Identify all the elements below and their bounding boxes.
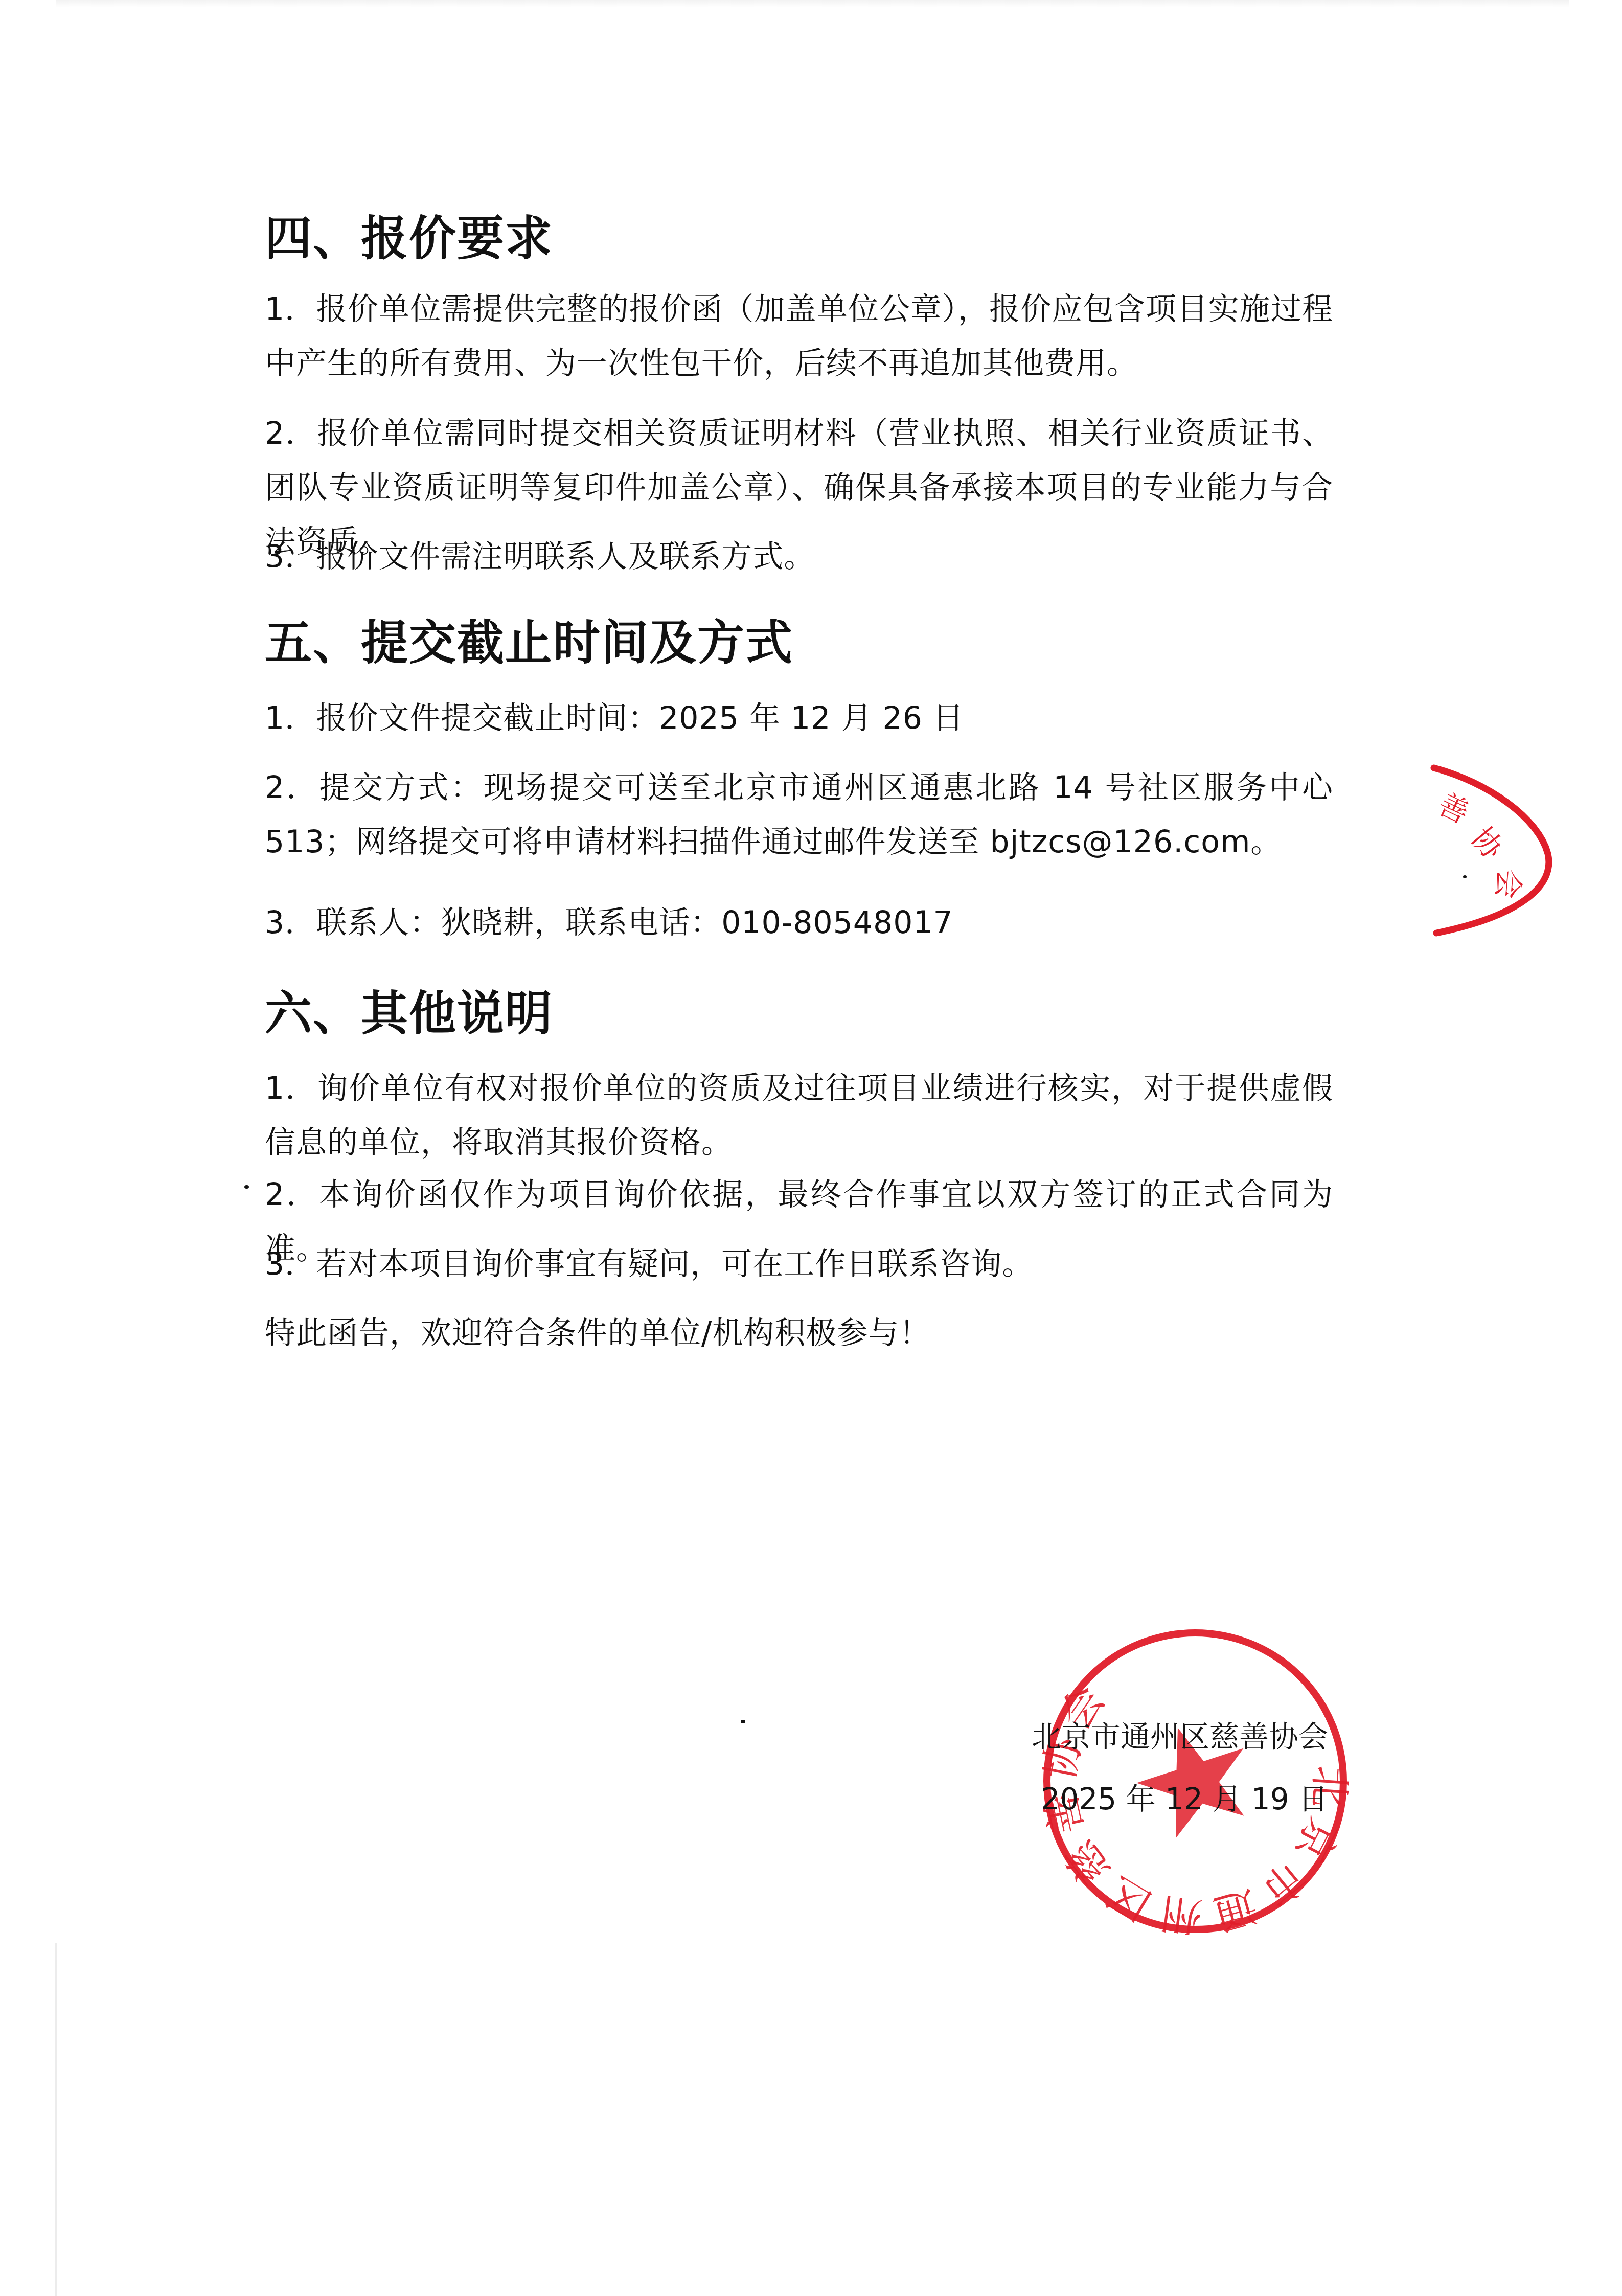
submission-item-1: 1．报价文件提交截止时间：2025 年 12 月 26 日 (265, 691, 1333, 745)
signature-organization: 北京市通州区慈善协会 (1032, 1719, 1328, 1755)
closing-statement: 特此函告，欢迎符合条件的单位/机构积极参与！ (265, 1306, 1333, 1360)
quote-requirement-item-1: 1．报价单位需提供完整的报价函（加盖单位公章），报价应包含项目实施过程中产生的所… (265, 282, 1333, 391)
scan-speck (741, 1720, 745, 1723)
svg-text:善: 善 (1433, 787, 1474, 831)
svg-text:会: 会 (1490, 868, 1527, 900)
scan-speck (244, 1185, 249, 1189)
svg-text:协: 协 (1465, 821, 1511, 867)
scan-edge-line (55, 1943, 57, 2296)
scan-top-bleed (56, 0, 1569, 7)
submission-item-2: 2．提交方式：现场提交可送至北京市通州区通惠北路 14 号社区服务中心 513；… (265, 761, 1333, 869)
section-heading-submission-deadline: 五、提交截止时间及方式 (265, 615, 793, 671)
submission-item-3: 3．联系人：狄晓耕，联系电话：010-80548017 (265, 896, 1333, 950)
quote-requirement-item-3: 3．报价文件需注明联系人及联系方式。 (265, 530, 1333, 584)
signature-date: 2025 年 12 月 19 日 (1041, 1781, 1328, 1817)
section-heading-quote-requirements: 四、报价要求 (265, 211, 553, 267)
other-note-item-1: 1．询价单位有权对报价单位的资质及过往项目业绩进行核实，对于提供虚假信息的单位，… (265, 1061, 1333, 1170)
seam-seal-stamp-icon: 善 协 会 (1411, 757, 1574, 941)
section-heading-other-notes: 六、其他说明 (265, 986, 553, 1042)
other-note-item-3: 3．若对本项目询价事宜有疑问，可在工作日联系咨询。 (265, 1237, 1333, 1291)
